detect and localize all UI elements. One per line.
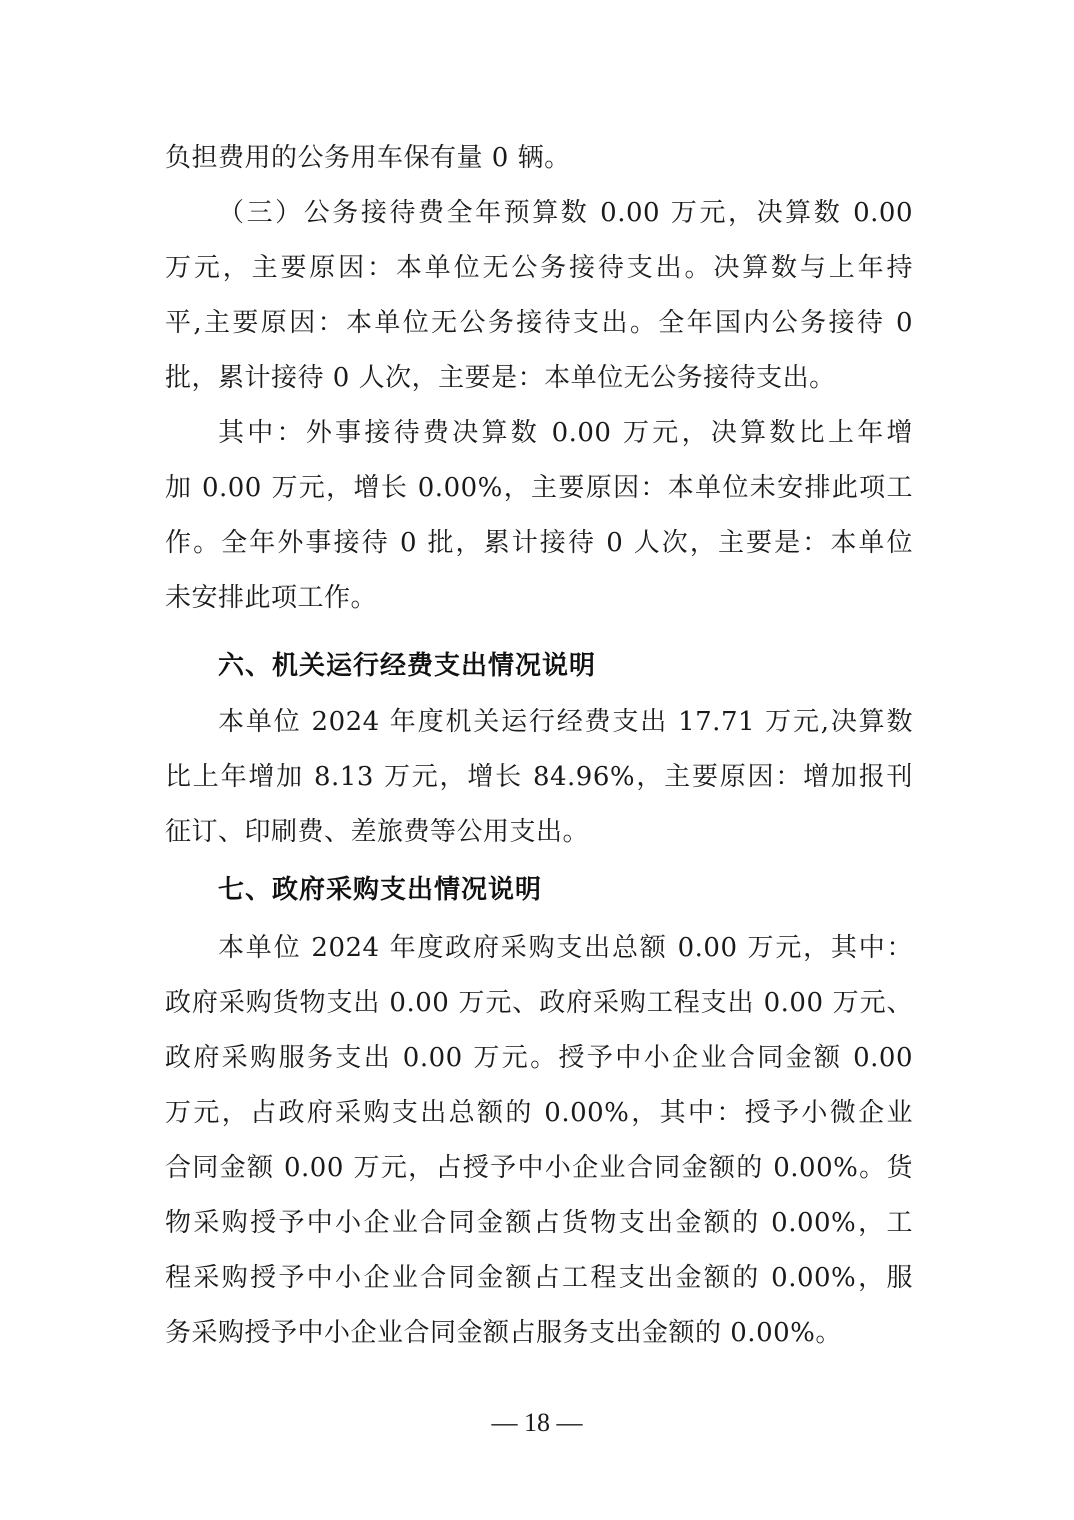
- paragraph-line: 负担费用的公务用车保有量 0 辆。: [165, 138, 913, 178]
- paragraph-line: 其中：外事接待费决算数 0.00 万元，决算数比上年增: [218, 413, 913, 453]
- section-heading-6: 六、机关运行经费支出情况说明: [218, 646, 596, 686]
- paragraph-line: 万元，主要原因：本单位无公务接待支出。决算数与上年持: [165, 248, 913, 288]
- paragraph-line: 本单位 2024 年度政府采购支出总额 0.00 万元，其中：: [218, 928, 913, 968]
- paragraph-line: （三）公务接待费全年预算数 0.00 万元，决算数 0.00: [218, 193, 913, 233]
- paragraph-line: 作。全年外事接待 0 批，累计接待 0 人次，主要是：本单位: [165, 523, 913, 563]
- paragraph-line: 政府采购服务支出 0.00 万元。授予中小企业合同金额 0.00: [165, 1038, 913, 1078]
- paragraph-line: 平,主要原因：本单位无公务接待支出。全年国内公务接待 0: [165, 303, 913, 343]
- paragraph-line: 比上年增加 8.13 万元，增长 84.96%，主要原因：增加报刊: [165, 757, 913, 797]
- paragraph-line: 合同金额 0.00 万元，占授予中小企业合同金额的 0.00%。货: [165, 1148, 913, 1188]
- paragraph-line: 本单位 2024 年度机关运行经费支出 17.71 万元,决算数: [218, 702, 913, 742]
- page-number: — 18 —: [0, 1408, 1074, 1438]
- paragraph-line: 物采购授予中小企业合同金额占货物支出金额的 0.00%，工: [165, 1203, 913, 1243]
- paragraph-line: 政府采购货物支出 0.00 万元、政府采购工程支出 0.00 万元、: [165, 983, 913, 1023]
- paragraph-line: 程采购授予中小企业合同金额占工程支出金额的 0.00%，服: [165, 1258, 913, 1298]
- paragraph-line: 万元，占政府采购支出总额的 0.00%，其中：授予小微企业: [165, 1093, 913, 1133]
- paragraph-line: 征订、印刷费、差旅费等公用支出。: [165, 812, 913, 852]
- paragraph-line: 加 0.00 万元，增长 0.00%，主要原因：本单位未安排此项工: [165, 468, 913, 508]
- paragraph-line: 未安排此项工作。: [165, 578, 913, 618]
- paragraph-line: 批，累计接待 0 人次，主要是：本单位无公务接待支出。: [165, 358, 913, 398]
- section-heading-7: 七、政府采购支出情况说明: [218, 870, 542, 910]
- document-page: 负担费用的公务用车保有量 0 辆。 （三）公务接待费全年预算数 0.00 万元，…: [0, 0, 1074, 1520]
- paragraph-line: 务采购授予中小企业合同金额占服务支出金额的 0.00%。: [165, 1313, 913, 1353]
